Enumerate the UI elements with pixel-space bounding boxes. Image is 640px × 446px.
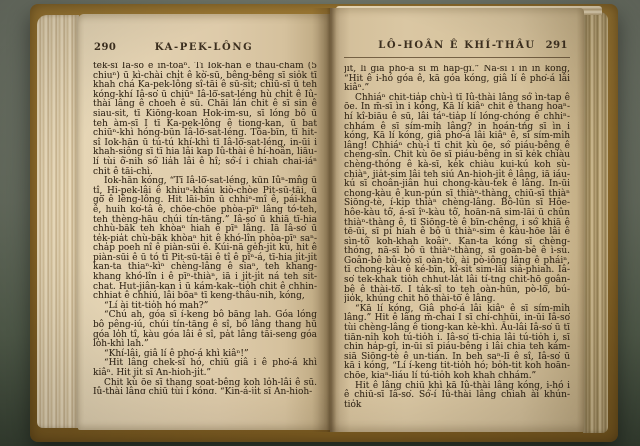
paragraph: “Hit lâng chek-sî hó, chiū giâ i ê pho͘-… [93, 359, 317, 378]
paragraph: te̍k-sî Iâ-so͘ ê in-toaⁿ. Tī Iok-hān ê t… [93, 62, 317, 177]
paragraph: Iok-hān kóng, “Tī Iâ-lō͘-sat-léng, kūn I… [93, 177, 317, 302]
paragraph: Hit ê lâng chiū khì kā Iû-thài lâng kóng… [344, 382, 570, 411]
right-page-text: ji̍t, lí giâ pho͘-á sī m̄ ha̍p-gî.” Nā-s… [344, 65, 570, 415]
left-running-head-row: 290 KA-PEK-LÔNG [78, 42, 330, 53]
right-header-rule [344, 57, 570, 58]
paragraph: “Kā lí kóng, Giâ pho͘-á lâi kiâⁿ ê sī sí… [344, 305, 570, 382]
right-running-head-row: LÔ-HOÂN Ê KHÍ-THÂU 291 [330, 40, 584, 51]
paragraph: “Chú ah, góa sī í-keng bô bāng lah. Góa … [93, 311, 317, 349]
right-running-head: LÔ-HOÂN Ê KHÍ-THÂU [378, 40, 535, 51]
paragraph: Chit kù ōe sī thang soat-bêng koh lo̍h-l… [93, 379, 317, 394]
left-page-number: 290 [94, 42, 116, 53]
paragraph: ji̍t, lí giâ pho͘-á sī m̄ ha̍p-gî.” Nā-s… [344, 65, 570, 94]
book-photo-scene: 290 KA-PEK-LÔNG te̍k-sî Iâ-so͘ ê in-toaⁿ… [0, 0, 640, 446]
right-page-stack-edges [583, 12, 608, 433]
left-running-head: KA-PEK-LÔNG [155, 42, 253, 53]
left-page-stack-edges [37, 15, 79, 428]
left-page-text: te̍k-sî Iâ-so͘ ê in-toaⁿ. Tī Iok-hān ê t… [93, 62, 317, 394]
left-page: 290 KA-PEK-LÔNG te̍k-sî Iâ-so͘ ê in-toaⁿ… [78, 14, 330, 430]
right-page-number: 291 [546, 40, 568, 51]
right-page: LÔ-HOÂN Ê KHÍ-THÂU 291 ji̍t, lí giâ pho͘… [330, 8, 584, 432]
paragraph: Chhiáⁿ chit-tia̍p chù-ì tī Iû-thài lâng … [344, 94, 570, 305]
